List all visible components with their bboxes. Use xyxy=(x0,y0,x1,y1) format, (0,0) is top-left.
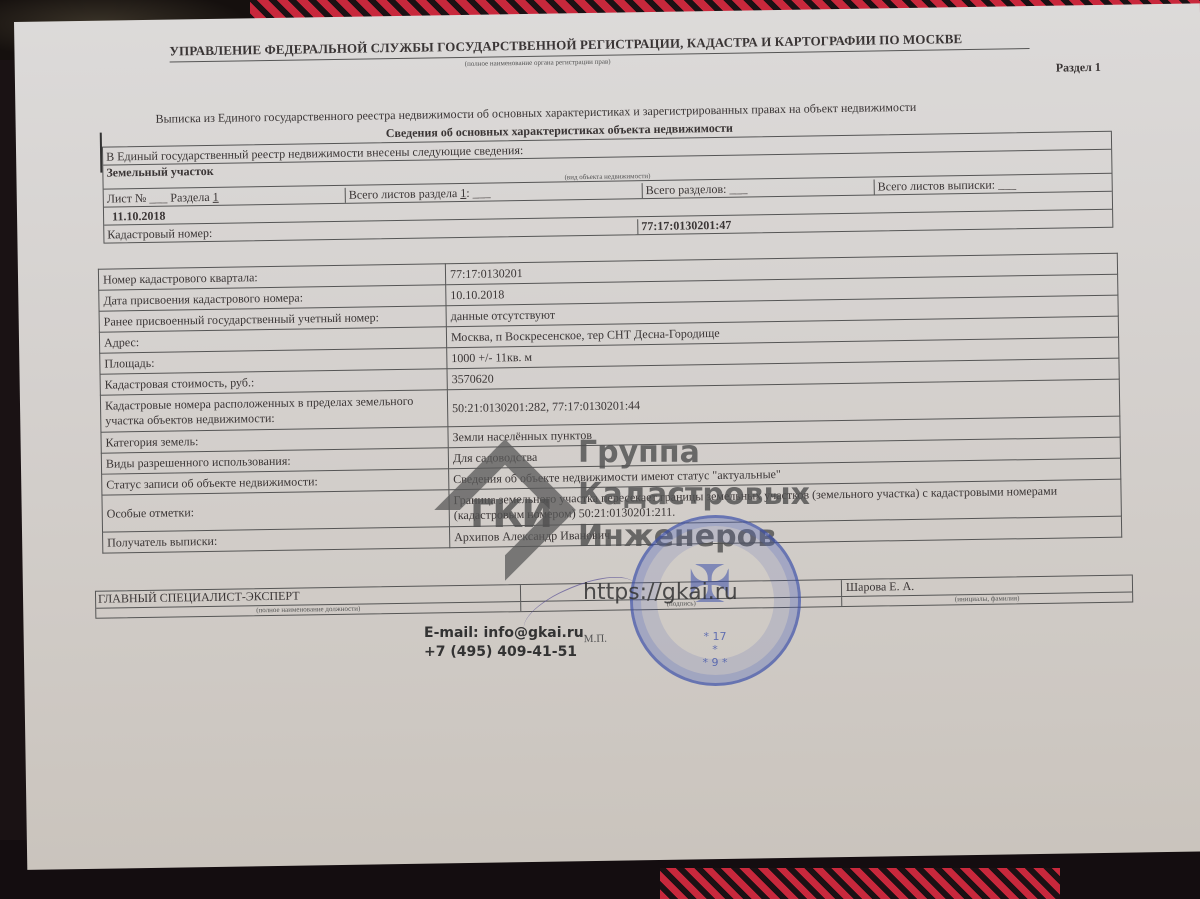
watermark-line-2: Кадастровых xyxy=(578,474,810,516)
sheet-label: Лист № xyxy=(107,191,147,206)
stamp-number-2: * 9 * xyxy=(700,656,730,669)
watermark-line-1: Группа xyxy=(578,432,810,474)
watermark-email[interactable]: E-mail: info@gkai.ru xyxy=(424,624,584,643)
background-fabric-bottom xyxy=(660,868,1060,899)
total-sheets-label: Всего листов выписки: xyxy=(878,178,996,194)
sheet-blank: ___ xyxy=(149,191,167,205)
watermark-logo-text: ГКИ xyxy=(470,492,551,536)
section-of-value: 1 xyxy=(213,190,219,204)
row-label: Получатель выписки: xyxy=(103,527,450,553)
section-of-label: Раздела xyxy=(170,190,209,205)
total-sections-label: Всего разделов: xyxy=(646,182,727,197)
total-sheets-blank: ___ xyxy=(998,177,1016,191)
watermark-url[interactable]: https://gkai.ru xyxy=(583,580,738,605)
section-label: Раздел 1 xyxy=(1056,60,1101,76)
stamp-place-label: М.П. xyxy=(584,633,607,645)
total-sheets-section-label: Всего листов раздела xyxy=(349,186,458,202)
agency-caption: (полное наименование органа регистрации … xyxy=(465,58,611,68)
info-header-box: В Единый государственный реестр недвижим… xyxy=(102,131,1113,244)
total-sheets-section-blank: : ___ xyxy=(466,186,491,200)
row-label: Особые отметки: xyxy=(102,490,450,532)
watermark-contacts: E-mail: info@gkai.ru +7 (495) 409-41-51 xyxy=(424,624,584,662)
watermark-phone: +7 (495) 409-41-51 xyxy=(424,643,584,662)
total-sections-blank: ___ xyxy=(729,182,747,196)
stamp-numbers: * 17 * * 9 * xyxy=(700,630,730,669)
issue-date: 11.10.2018 xyxy=(104,209,169,225)
row-label: Кадастровые номера расположенных в преде… xyxy=(100,390,448,432)
stamp-number-1: * 17 * xyxy=(700,630,730,656)
cadastral-number: 77:17:0130201:47 xyxy=(638,218,734,235)
